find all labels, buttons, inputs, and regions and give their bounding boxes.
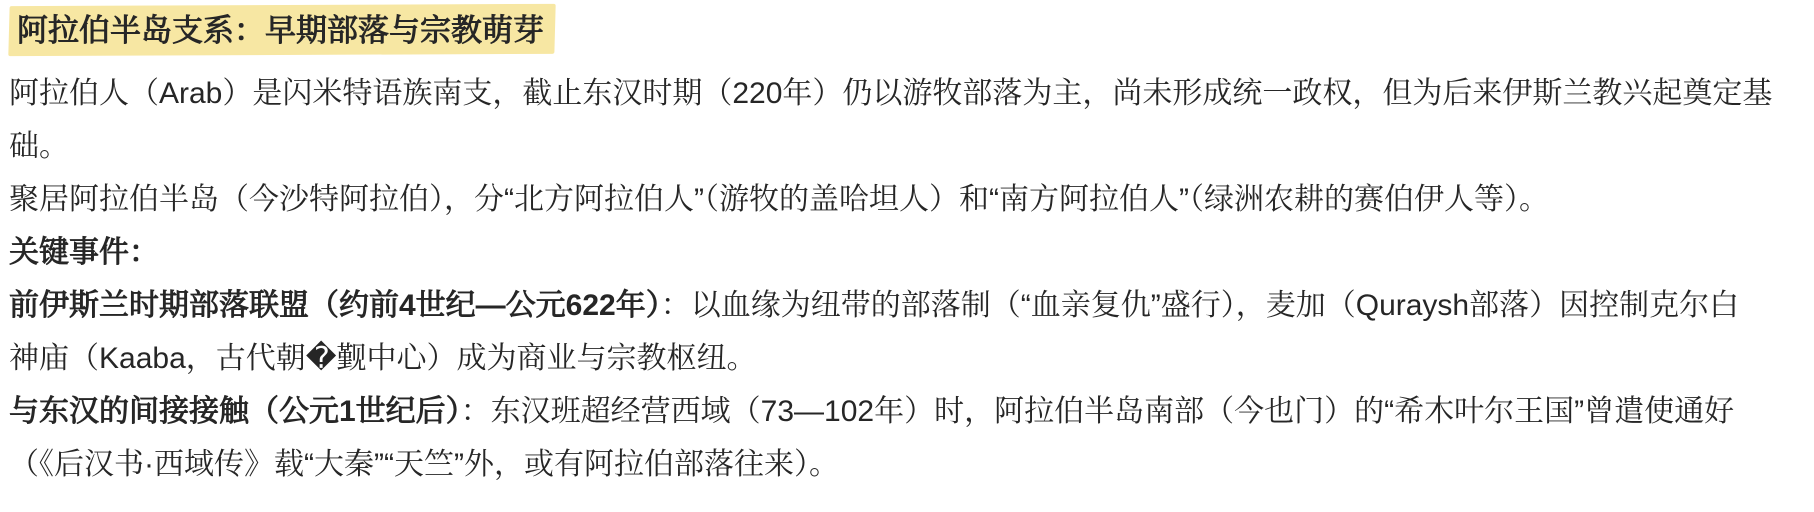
text-segment: 础。 — [9, 130, 69, 163]
text-segment: 阿拉伯人（Arab）是闪米特语族南支，截止东汉时期（220年）仍以游牧部落为主，… — [9, 77, 1772, 110]
paragraph-line-intro-1: 阿拉伯人（Arab）是闪米特语族南支，截止东汉时期（220年）仍以游牧部落为主，… — [9, 67, 1804, 120]
paragraph-line-tribal-alliance-1: 前伊斯兰时期部落联盟（约前4世纪—公元622年）：以血缘为纽带的部落制（“血亲复… — [9, 279, 1804, 332]
paragraph-line-intro-2: 础。 — [9, 120, 1804, 173]
key-events-label-line: 关键事件： — [9, 226, 1804, 279]
paragraph-line-han-contact-1: 与东汉的间接接触（公元1世纪后）：东汉班超经营西域（73—102年）时，阿拉伯半… — [9, 385, 1804, 438]
event-title-segment: 前伊斯兰时期部落联盟（约前4世纪—公元622年） — [9, 289, 661, 322]
key-events-label: 关键事件： — [9, 236, 159, 269]
text-segment: ：以血缘为纽带的部落制（“血亲复仇”盛行），麦加（Quraysh部落）因控制克尔… — [661, 289, 1739, 322]
highlighted-heading-text: 阿拉伯半岛支系：早期部落与宗教萌芽 — [17, 13, 544, 48]
text-segment: 聚居阿拉伯半岛（今沙特阿拉伯），分“北方阿拉伯人”（游牧的盖哈坦人）和“南方阿拉… — [9, 183, 1549, 216]
text-segment: （《后汉书·西域传》载“大秦”“天竺”外，或有阿拉伯部落往来）。 — [9, 448, 839, 481]
text-segment: ：东汉班超经营西域（73—102年）时，阿拉伯半岛南部（今也门）的“希木叶尔王国… — [461, 395, 1734, 428]
paragraph-line-han-contact-2: （《后汉书·西域传》载“大秦”“天竺”外，或有阿拉伯部落往来）。 — [9, 438, 1804, 491]
event-title-segment: 与东汉的间接接触（公元1世纪后） — [9, 395, 461, 428]
document-text-region: 阿拉伯半岛支系：早期部落与宗教萌芽 阿拉伯人（Arab）是闪米特语族南支，截止东… — [0, 0, 1814, 512]
paragraph-line-distribution: 聚居阿拉伯半岛（今沙特阿拉伯），分“北方阿拉伯人”（游牧的盖哈坦人）和“南方阿拉… — [9, 173, 1804, 226]
section-heading: 阿拉伯半岛支系：早期部落与宗教萌芽 — [9, 4, 1804, 57]
text-segment: 神庙（Kaaba，古代朝�觐中心）成为商业与宗教枢纽。 — [9, 342, 757, 375]
paragraph-line-tribal-alliance-2: 神庙（Kaaba，古代朝�觐中心）成为商业与宗教枢纽。 — [9, 332, 1804, 385]
